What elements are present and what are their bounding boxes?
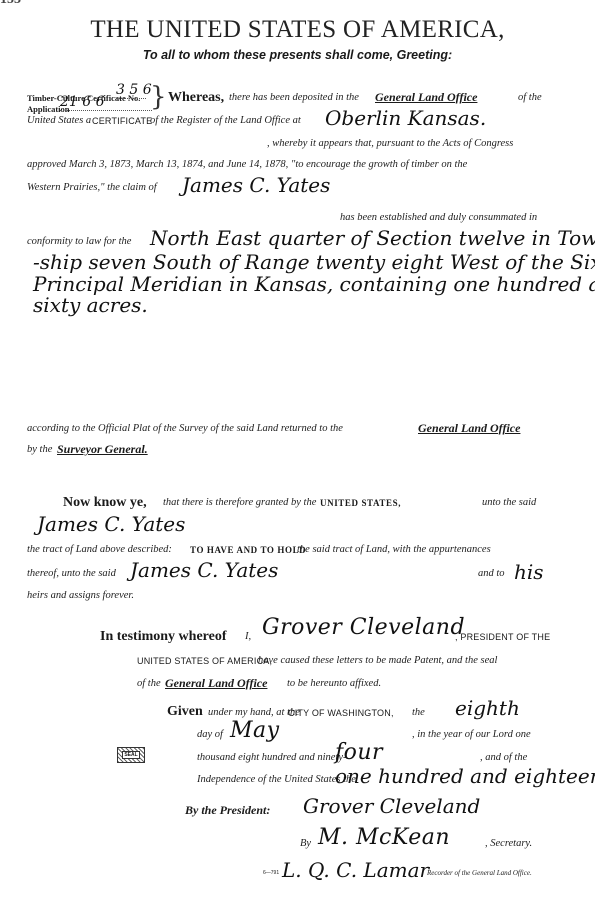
land-description-1: North East quarter of Section twelve in … (150, 226, 595, 250)
whereas-text-end: of the (518, 92, 542, 103)
form-number: 6—791 (263, 870, 279, 876)
president-name: Grover Cleveland (262, 615, 465, 640)
secretary-signature: M. McKean (318, 825, 450, 850)
thereof-text: thereof, unto the said (27, 568, 116, 579)
seal-icon: SEAL (117, 747, 145, 763)
brace-decoration: } (150, 82, 167, 112)
general-land-office-2: General Land Office (418, 421, 520, 436)
general-land-office-3: General Land Office (165, 676, 267, 691)
testimony-line3b: to be hereunto affixed. (287, 678, 381, 689)
day-of-text: day of (197, 729, 223, 740)
testimony-heading: In testimony whereof (100, 629, 227, 645)
given-the: the (412, 707, 425, 718)
now-know-ye-heading: Now know ye, (63, 495, 147, 511)
page-number: 153 (0, 0, 21, 8)
whereas-line5: Western Prairies," the claim of (27, 182, 157, 193)
application-number: 21 6 6 (60, 94, 152, 111)
independence-year: one hundred and eighteenth (335, 764, 595, 788)
now-know-text: that there is therefore granted by the (163, 497, 316, 508)
grantee-name-2: James C. Yates (130, 558, 278, 582)
united-states-caps: UNITED STATES, (320, 498, 401, 508)
president-caps: , PRESIDENT OF THE (455, 632, 550, 642)
month-value: May (230, 718, 280, 743)
whereas-line4: approved March 3, 1873, March 13, 1874, … (27, 159, 467, 170)
secretary-label: , Secretary. (485, 838, 532, 849)
grantee-name: James C. Yates (37, 512, 185, 536)
given-heading: Given (167, 704, 203, 720)
thousand-text: thousand eight hundred and ninety- (197, 752, 347, 763)
independence-text: Independence of the United States the (197, 774, 356, 785)
according-line2: by the (27, 444, 52, 455)
whereas-line2b: of the Register of the Land Office at (150, 115, 301, 126)
testimony-line3a: of the (137, 678, 161, 689)
whereas-line2a: United States a (27, 115, 91, 126)
whereas-line6: has been established and duly consummate… (340, 212, 537, 223)
year-of-lord-text: , in the year of our Lord one (412, 729, 531, 740)
land-description-2: -ship seven South of Range twenty eight … (33, 250, 595, 274)
and-of-text: , and of the (480, 752, 527, 763)
recorder-label: Recorder of the General Land Office. (427, 869, 532, 877)
to-have-and-to-hold: TO HAVE AND TO HOLD (190, 545, 306, 555)
pronoun: his (514, 560, 544, 584)
tract-text: the tract of Land above described: (27, 544, 172, 555)
now-know-text-end: unto the said (482, 497, 536, 508)
whereas-line7: conformity to law for the (27, 236, 131, 247)
document-title: THE UNITED STATES OF AMERICA, (0, 16, 595, 44)
day-value: eighth (455, 696, 520, 720)
whereas-heading: Whereas, (168, 90, 224, 106)
recorder-signature: L. Q. C. Lamar (282, 858, 429, 882)
by-president-label: By the President: (185, 803, 270, 818)
land-office-location: Oberlin Kansas. (325, 106, 486, 130)
usa-caps: UNITED STATES OF AMERICA, (137, 656, 272, 666)
tract-text-end: the said tract of Land, with the appurte… (297, 544, 491, 555)
whereas-text: there has been deposited in the (229, 92, 359, 103)
president-signature: Grover Cleveland (303, 794, 480, 818)
city-caps: CITY OF WASHINGTON, (288, 708, 394, 718)
heirs-text: heirs and assigns forever. (27, 590, 134, 601)
certificate-caps: CERTIFICATE (92, 116, 152, 126)
greeting: To all to whom these presents shall come… (0, 48, 595, 62)
whereas-line3: , whereby it appears that, pursuant to t… (267, 138, 513, 149)
testimony-i: I, (245, 631, 251, 642)
year-value: four (335, 740, 383, 765)
and-to-text: and to (478, 568, 505, 579)
testimony-line2: have caused these letters to be made Pat… (258, 655, 497, 666)
given-text: under my hand, at the (208, 707, 300, 718)
according-line1: according to the Official Plat of the Su… (27, 423, 343, 434)
claimant-name: James C. Yates (182, 173, 330, 197)
by-label: By (300, 838, 311, 849)
general-land-office: General Land Office (375, 90, 477, 105)
land-description-4: sixty acres. (33, 293, 148, 317)
surveyor-general: Surveyor General. (57, 442, 148, 457)
